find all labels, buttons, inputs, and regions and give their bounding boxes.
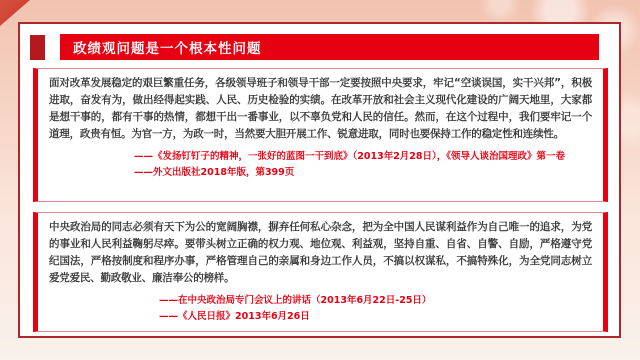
quote-box-1: 面对改革发展稳定的艰巨繁重任务，各级领导班子和领导干部一定要按照中央要求，牢记“… xyxy=(33,68,608,202)
quote-1-citation-source: ——《发扬钉钉子的精神，一张好的蓝图一干到底》（2013年2月28日），《领导人… xyxy=(134,149,592,165)
page-title: 政绩观问题是一个根本性问题 xyxy=(60,37,262,57)
quote-2-text: 中央政治局的同志必须有天下为公的宽阔胸襟，摒弃任何私心杂念，把为全中国人民谋利益… xyxy=(49,219,592,287)
quote-box-2: 中央政治局的同志必须有天下为公的宽阔胸襟，摒弃任何私心杂念，把为全中国人民谋利益… xyxy=(33,212,608,332)
quote-1-citations: ——《发扬钉钉子的精神，一张好的蓝图一干到底》（2013年2月28日），《领导人… xyxy=(134,149,592,181)
slide-panel: 政绩观问题是一个根本性问题 面对改革发展稳定的艰巨繁重任务，各级领导班子和领导干… xyxy=(18,22,621,338)
quote-1-citation-publisher: ——外文出版社2018年版，第399页 xyxy=(134,165,592,181)
quote-1-text: 面对改革发展稳定的艰巨繁重任务，各级领导班子和领导干部一定要按照中央要求，牢记“… xyxy=(49,75,592,143)
quote-2-citation-publisher: ——《人民日报》2013年6月26日 xyxy=(159,309,592,325)
quote-2-citation-source: ——在中央政治局专门会议上的讲话（2013年6月22日-25日） xyxy=(159,293,592,309)
title-bar: 政绩观问题是一个根本性问题 xyxy=(60,34,599,60)
title-accent-square xyxy=(30,35,45,60)
quote-2-citations: ——在中央政治局专门会议上的讲话（2013年6月22日-25日） ——《人民日报… xyxy=(159,293,592,325)
